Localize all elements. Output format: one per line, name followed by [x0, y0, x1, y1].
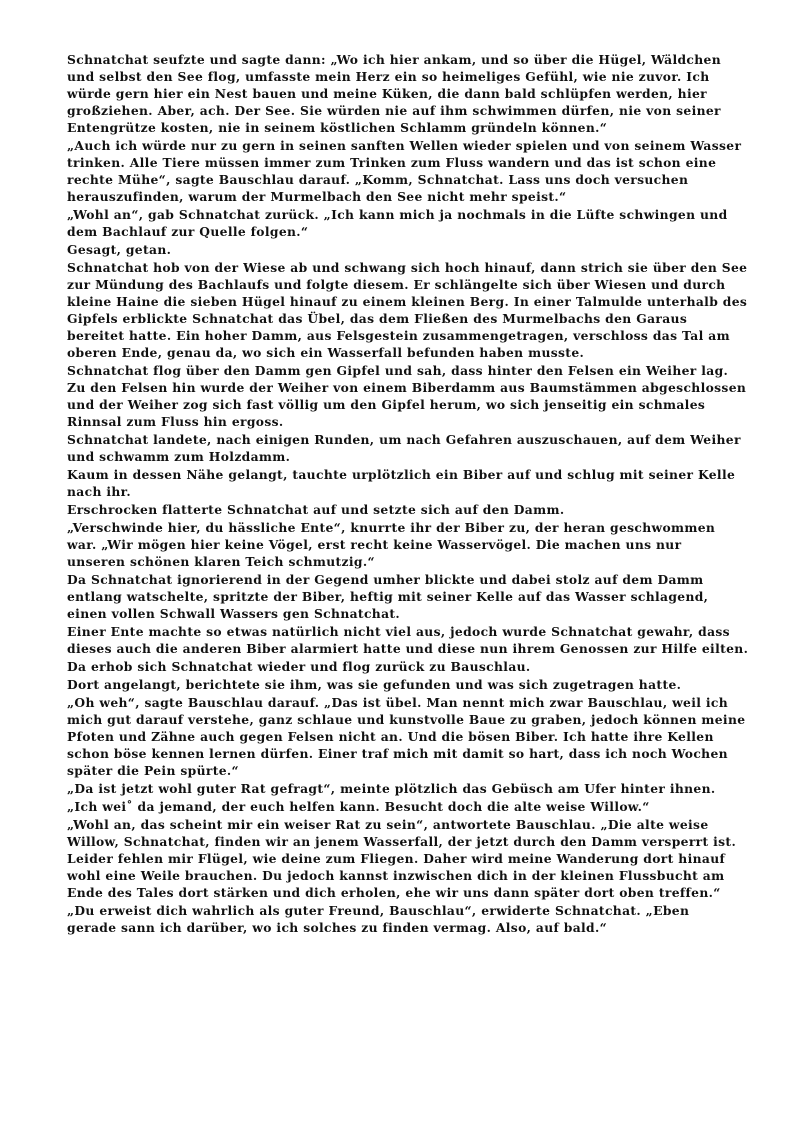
- text-line: und schwamm zum Holzdamm.: [67, 448, 727, 465]
- text-line: schon böse kennen lernen dürfen. Einer t…: [67, 745, 727, 762]
- text-line: „Wohl an“, gab Schnatchat zurück. „Ich k…: [67, 206, 727, 223]
- text-line: Kaum in dessen Nähe gelangt, tauchte urp…: [67, 466, 727, 483]
- text-line: entlang watschelte, spritzte der Biber, …: [67, 588, 727, 605]
- text-line: unseren schönen klaren Teich schmutzig.“: [67, 553, 727, 570]
- text-line: großziehen. Aber, ach. Der See. Sie würd…: [67, 102, 727, 119]
- text-line: „Wohl an, das scheint mir ein weiser Rat…: [67, 816, 727, 833]
- text-line: „Auch ich würde nur zu gern in seinen sa…: [67, 137, 727, 154]
- text-line: Erschrocken flatterte Schnatchat auf und…: [67, 501, 727, 518]
- text-line: „Verschwinde hier, du hässliche Ente“, k…: [67, 519, 727, 536]
- text-line: Zu den Felsen hin wurde der Weiher von e…: [67, 379, 727, 396]
- text-line: würde gern hier ein Nest bauen und meine…: [67, 85, 727, 102]
- text-line: Schnatchat landete, nach einigen Runden,…: [67, 431, 727, 448]
- story-text: Schnatchat seufzte und sagte dann: „Wo i…: [67, 51, 727, 937]
- paragraph: Schnatchat landete, nach einigen Runden,…: [67, 431, 727, 465]
- text-line: Da erhob sich Schnatchat wieder und flog…: [67, 658, 727, 675]
- paragraph: „Da ist jetzt wohl guter Rat gefragt“, m…: [67, 780, 727, 797]
- text-line: Pfoten und Zähne auch gegen Felsen nicht…: [67, 728, 727, 745]
- paragraph: „Wohl an, das scheint mir ein weiser Rat…: [67, 816, 727, 901]
- text-line: und der Weiher zog sich fast völlig um d…: [67, 396, 727, 413]
- text-line: oberen Ende, genau da, wo sich ein Wasse…: [67, 344, 727, 361]
- paragraph: Da Schnatchat ignorierend in der Gegend …: [67, 571, 727, 622]
- paragraph: Kaum in dessen Nähe gelangt, tauchte urp…: [67, 466, 727, 500]
- text-line: Gesagt, getan.: [67, 241, 727, 258]
- paragraph: „Ich wei˚ da jemand, der euch helfen kan…: [67, 798, 727, 815]
- text-line: Da Schnatchat ignorierend in der Gegend …: [67, 571, 727, 588]
- text-line: Willow, Schnatchat, finden wir an jenem …: [67, 833, 727, 850]
- paragraph: „Wohl an“, gab Schnatchat zurück. „Ich k…: [67, 206, 727, 240]
- text-line: zur Mündung des Bachlaufs und folgte die…: [67, 276, 727, 293]
- text-line: einen vollen Schwall Wassers gen Schnatc…: [67, 605, 727, 622]
- text-line: mich gut darauf verstehe, ganz schlaue u…: [67, 711, 727, 728]
- text-line: „Ich wei˚ da jemand, der euch helfen kan…: [67, 798, 727, 815]
- paragraph: Gesagt, getan.: [67, 241, 727, 258]
- paragraph: Erschrocken flatterte Schnatchat auf und…: [67, 501, 727, 518]
- text-line: Einer Ente machte so etwas natürlich nic…: [67, 623, 727, 640]
- text-line: trinken. Alle Tiere müssen immer zum Tri…: [67, 154, 727, 171]
- paragraph: Schnatchat hob von der Wiese ab und schw…: [67, 259, 727, 361]
- paragraph: „Du erweist dich wahrlich als guter Freu…: [67, 902, 727, 936]
- paragraph: Schnatchat seufzte und sagte dann: „Wo i…: [67, 51, 727, 136]
- text-line: „Oh weh“, sagte Bauschlau darauf. „Das i…: [67, 694, 727, 711]
- text-line: wohl eine Weile brauchen. Du jedoch kann…: [67, 867, 727, 884]
- text-line: dieses auch die anderen Biber alarmiert …: [67, 640, 727, 657]
- text-line: „Da ist jetzt wohl guter Rat gefragt“, m…: [67, 780, 727, 797]
- paragraph: Einer Ente machte so etwas natürlich nic…: [67, 623, 727, 657]
- text-line: gerade sann ich darüber, wo ich solches …: [67, 919, 727, 936]
- text-line: Gipfels erblickte Schnatchat das Übel, d…: [67, 310, 727, 327]
- text-line: rechte Mühe“, sagte Bauschlau darauf. „K…: [67, 171, 727, 188]
- text-line: Ende des Tales dort stärken und dich erh…: [67, 884, 727, 901]
- text-line: Schnatchat seufzte und sagte dann: „Wo i…: [67, 51, 727, 68]
- text-line: „Du erweist dich wahrlich als guter Freu…: [67, 902, 727, 919]
- paragraph: Dort angelangt, berichtete sie ihm, was …: [67, 676, 727, 693]
- paragraph: Schnatchat flog über den Damm gen Gipfel…: [67, 362, 727, 430]
- text-line: Rinnsal zum Fluss hin ergoss.: [67, 413, 727, 430]
- text-line: war. „Wir mögen hier keine Vögel, erst r…: [67, 536, 727, 553]
- text-line: später die Pein spürte.“: [67, 762, 727, 779]
- text-line: nach ihr.: [67, 483, 727, 500]
- paragraph: „Verschwinde hier, du hässliche Ente“, k…: [67, 519, 727, 570]
- paragraph: Da erhob sich Schnatchat wieder und flog…: [67, 658, 727, 675]
- text-line: Entengrütze kosten, nie in seinem köstli…: [67, 119, 727, 136]
- text-line: bereitet hatte. Ein hoher Damm, aus Fels…: [67, 327, 727, 344]
- text-line: kleine Haine die sieben Hügel hinauf zu …: [67, 293, 727, 310]
- text-line: Schnatchat flog über den Damm gen Gipfel…: [67, 362, 727, 379]
- text-line: Dort angelangt, berichtete sie ihm, was …: [67, 676, 727, 693]
- document-page: Schnatchat seufzte und sagte dann: „Wo i…: [0, 0, 794, 1123]
- text-line: Schnatchat hob von der Wiese ab und schw…: [67, 259, 727, 276]
- paragraph: „Oh weh“, sagte Bauschlau darauf. „Das i…: [67, 694, 727, 779]
- paragraph: „Auch ich würde nur zu gern in seinen sa…: [67, 137, 727, 205]
- text-line: Leider fehlen mir Flügel, wie deine zum …: [67, 850, 727, 867]
- text-line: und selbst den See flog, umfasste mein H…: [67, 68, 727, 85]
- text-line: dem Bachlauf zur Quelle folgen.“: [67, 223, 727, 240]
- text-line: herauszufinden, warum der Murmelbach den…: [67, 188, 727, 205]
